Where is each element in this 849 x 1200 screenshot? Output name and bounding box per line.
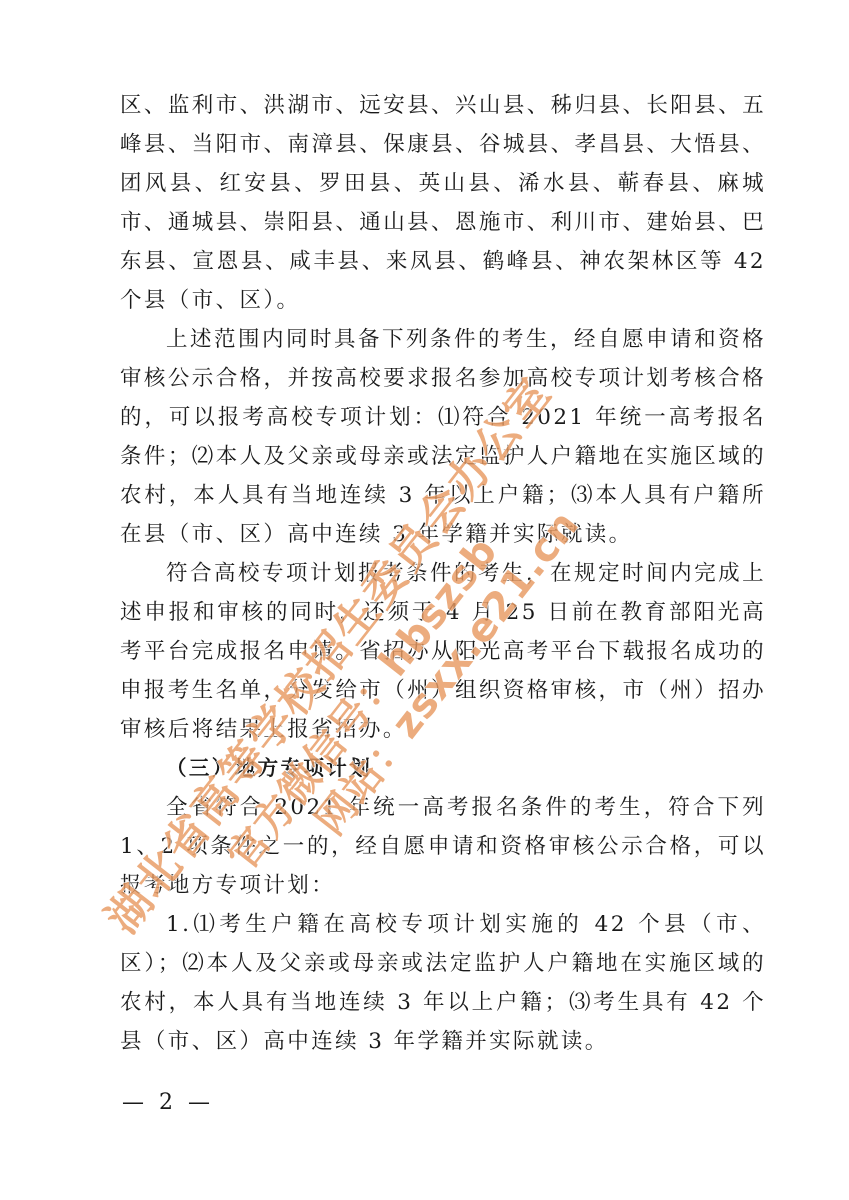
paragraph-local-plan-condition-1: 1.⑴考生户籍在高校专项计划实施的 42 个县（市、区）；⑵本人及父亲或母亲或法… [120, 905, 766, 1061]
page-number: — 2 — [122, 1090, 214, 1115]
section-heading-local-plan: （三）地方专项计划 [120, 749, 766, 788]
document-body: 区、监利市、洪湖市、远安县、兴山县、秭归县、长阳县、五峰县、当阳市、南漳县、保康… [120, 86, 766, 1061]
paragraph-county-list: 区、监利市、洪湖市、远安县、兴山县、秭归县、长阳县、五峰县、当阳市、南漳县、保康… [120, 86, 766, 320]
paragraph-university-plan-conditions: 上述范围内同时具备下列条件的考生，经自愿申请和资格审核公示合格，并按高校要求报名… [120, 320, 766, 554]
paragraph-local-plan-intro: 全省符合 2021 年统一高考报名条件的考生，符合下列 1、2 项条件之一的，经… [120, 788, 766, 905]
document-page: 区、监利市、洪湖市、远安县、兴山县、秭归县、长阳县、五峰县、当阳市、南漳县、保康… [0, 0, 849, 1200]
paragraph-university-plan-registration: 符合高校专项计划报考条件的考生，在规定时间内完成上述申报和审核的同时，还须于 4… [120, 554, 766, 749]
